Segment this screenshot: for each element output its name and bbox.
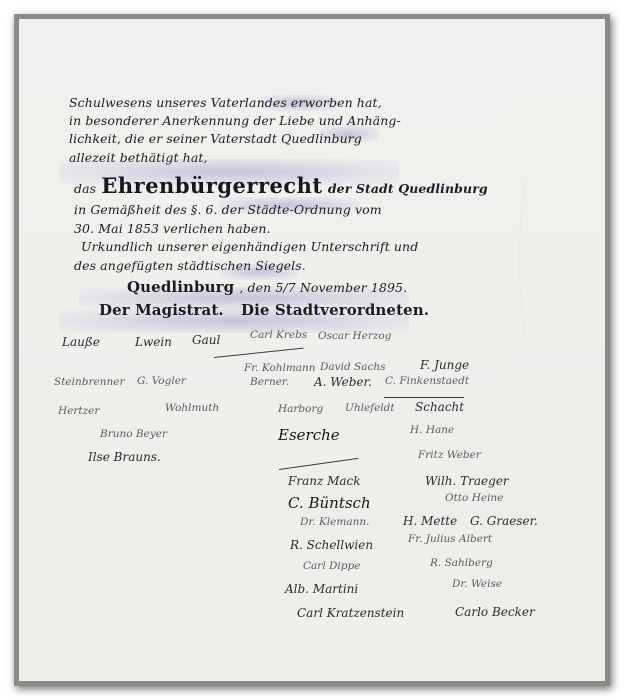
signature: Lwein [135, 335, 172, 349]
text-line: lichkeit, die er seiner Vaterstadt Quedl… [69, 131, 362, 146]
text-line: des angefügten städtischen Siegels. [74, 258, 306, 273]
signature: A. Weber. [314, 375, 372, 389]
text-line: 30. Mai 1853 verlichen haben. [74, 221, 271, 236]
signature: Fr. Julius Albert [408, 533, 492, 545]
signature: Carlo Becker [455, 605, 535, 619]
signature: Steinbrenner [54, 376, 124, 388]
award-line: das Ehrenbürgerrecht der Stadt Quedlinbu… [74, 173, 488, 198]
date-place: Quedlinburg [127, 278, 234, 296]
signature: Wilh. Traeger [425, 474, 509, 488]
signature: Carl Dippe [303, 560, 360, 572]
signature: Franz Mack [288, 474, 361, 488]
signatory-magistrat: Der Magistrat. [99, 301, 224, 319]
award-suffix: der Stadt Quedlinburg [328, 181, 488, 196]
text-line: allezeit bethätigt hat, [69, 150, 208, 165]
signature: Carl Kratzenstein [297, 606, 404, 620]
signature: Schacht [415, 400, 464, 414]
signature: G. Vogler [137, 375, 186, 387]
text-line: in besonderer Anerkennung der Liebe und … [69, 113, 401, 128]
signature: Dr. Weise [452, 578, 502, 590]
text-line: in Gemäßheit des §. 6. der Städte-Ordnun… [74, 202, 382, 217]
signature: Oscar Herzog [318, 330, 391, 342]
signature: Uhlefeldt [345, 402, 395, 414]
award-title: Ehrenbürgerrecht [101, 173, 322, 198]
signature: Hertzer [58, 405, 99, 417]
signature: Otto Heine [445, 492, 503, 504]
text-line: Schulwesens unseres Vaterlandes erworben… [69, 95, 382, 110]
signature: R. Sahlberg [430, 557, 493, 569]
signature: G. Graeser. [470, 514, 538, 528]
date-line: Quedlinburg , den 5/7 November 1895. [127, 277, 407, 296]
signature: David Sachs [320, 361, 386, 373]
signature: C. Büntsch [288, 494, 371, 512]
signature: C. Finkenstaedt [385, 375, 469, 387]
date-value: , den 5/7 November 1895. [239, 280, 407, 295]
signature: Alb. Martini [285, 582, 358, 596]
signature: Gaul [192, 333, 220, 347]
signature: Berner. [250, 376, 289, 388]
signature: Dr. Klemann. [300, 516, 369, 528]
award-prefix: das [74, 181, 96, 196]
signature: Fr. Kohlmann [244, 362, 316, 374]
signature-flourish [279, 458, 358, 470]
signature: Carl Krebs [250, 329, 307, 341]
signature-flourish [384, 397, 464, 398]
laurel-watermark [519, 129, 580, 389]
signature: H. Mette [403, 514, 457, 528]
signature: Eserche [278, 426, 340, 444]
text-line: Urkundlich unserer eigenhändigen Untersc… [81, 239, 418, 254]
signature: Bruno Beyer [100, 428, 167, 440]
signature: Wohlmuth [165, 402, 219, 414]
signature: Harborg [278, 403, 323, 415]
signature: F. Junge [420, 358, 469, 372]
signatory-stadtverordneten: Die Stadtverordneten. [241, 301, 429, 319]
signature: Fritz Weber [418, 449, 481, 461]
signature-flourish [214, 348, 304, 358]
signature: Ilse Brauns. [88, 450, 161, 464]
certificate-paper: Schulwesens unseres Vaterlandes erworben… [19, 19, 605, 681]
signature: Lauße [62, 335, 100, 349]
signature: H. Hane [410, 424, 454, 436]
signature: R. Schellwien [290, 538, 373, 552]
